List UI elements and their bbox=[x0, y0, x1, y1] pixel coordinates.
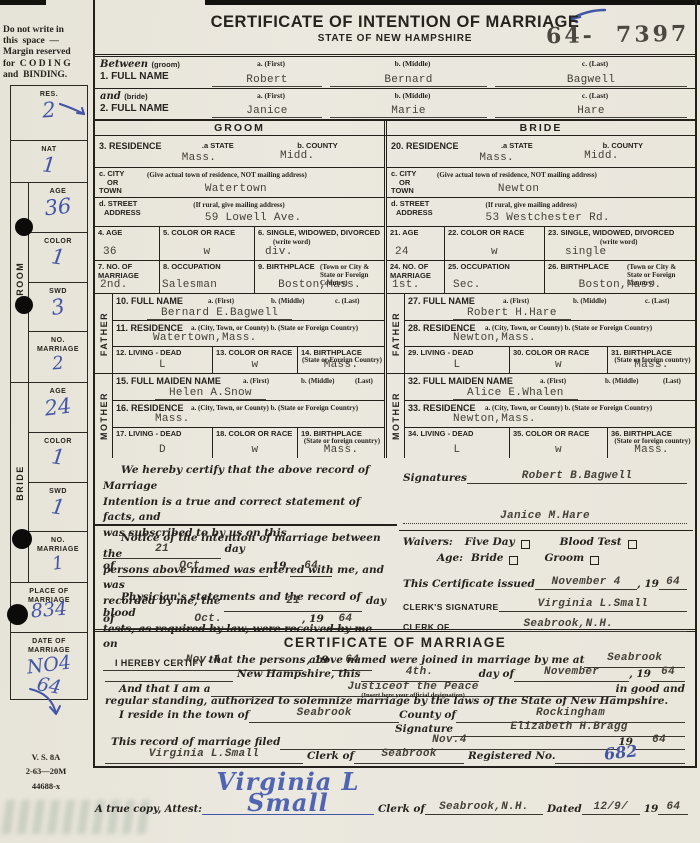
dated-year-value: 64 bbox=[666, 801, 680, 813]
marriage-text: day of bbox=[479, 668, 514, 682]
certificate-form: CERTIFICATE OF INTENTION OF MARRIAGE STA… bbox=[93, 0, 697, 768]
color-or-race-label: 22. COLOR OR RACE bbox=[445, 227, 544, 238]
mother-vertical-strip: MOTHER bbox=[95, 374, 113, 458]
bride-county-value: Midd. bbox=[584, 150, 619, 162]
bride-band-label: BRIDE bbox=[387, 121, 695, 135]
dated-label: Dated bbox=[547, 803, 582, 815]
middle-name-header: b. (Middle) bbox=[330, 59, 495, 68]
groom-vertical-strip: GROOM bbox=[11, 183, 29, 382]
mother-vertical-label: MOTHER bbox=[391, 392, 401, 440]
cert-text: day bbox=[366, 595, 386, 607]
clerk-of-line: CLERK OF Seabrook,N.H. bbox=[403, 618, 687, 632]
margin-note-line: Margin reserved bbox=[3, 47, 91, 58]
blood-test-label: Blood Test bbox=[560, 536, 622, 548]
bride-vertical-strip: BRIDE bbox=[11, 383, 29, 582]
certificate-issued-label: This Certificate issued bbox=[403, 578, 535, 590]
margin-cell-res: RES. 2 bbox=[11, 86, 87, 141]
clerk-of-label: Clerk of bbox=[378, 803, 425, 815]
attest-label: A true copy, Attest: bbox=[95, 804, 202, 815]
bride-color-value: w bbox=[445, 246, 544, 258]
designation-note: (Insert here your official designation) bbox=[211, 692, 616, 699]
full-name-label: 2. FULL NAME bbox=[100, 103, 212, 114]
occupation-label: 25. OCCUPATION bbox=[445, 261, 544, 272]
hole-punch bbox=[7, 604, 28, 625]
certification-left: We hereby certify that the above record … bbox=[95, 458, 397, 629]
date-year-handwritten-value: 64 bbox=[10, 671, 88, 703]
clerk-town-value: Seabrook bbox=[381, 748, 436, 760]
groom-marriage-occupation-birthplace-row: 7. NO. OFMARRIAGE 2nd. 8. OCCUPATION Sal… bbox=[95, 261, 384, 294]
street-note: (If rural, give mailing address) bbox=[193, 201, 284, 209]
certificate-of-marriage-section: CERTIFICATE OF MARRIAGE I HEREBY CERTIFY… bbox=[95, 632, 695, 766]
bride-father-group: FATHER 27. FULL NAME a. (First) b. (Midd… bbox=[387, 294, 695, 374]
year-prefix: 19 bbox=[644, 803, 659, 815]
occupation-label: 8. OCCUPATION bbox=[160, 261, 254, 272]
section-rule bbox=[399, 530, 693, 531]
groom-street-value: 59 Lowell Ave. bbox=[205, 212, 302, 224]
signatures-label: Signatures bbox=[403, 472, 467, 484]
full-name-label: 27. FULL NAME bbox=[408, 296, 475, 306]
margin-bride-group: BRIDE AGE 24 COLOR 1 SWD 1 NO.MARRIAGE 1 bbox=[11, 383, 87, 583]
father-living-color-birth-row: 12. LIVING - DEAD L 13. COLOR OR RACE w … bbox=[113, 347, 384, 373]
margin-cell-bride-color: COLOR 1 bbox=[29, 433, 87, 483]
groom-residence-row: 3. RESIDENCE .a STATE b. COUNTY Mass. Mi… bbox=[95, 136, 384, 168]
bride-street-value: 53 Westchester Rd. bbox=[486, 212, 610, 224]
clerk-signature-label: CLERK'S SIGNATURE bbox=[403, 602, 499, 612]
father-vertical-label: FATHER bbox=[99, 311, 109, 355]
street-address-label: d. STREETADDRESS bbox=[99, 200, 141, 217]
groom-age-value: 36 bbox=[95, 246, 159, 258]
column-band: GROOM BRIDE bbox=[95, 121, 695, 136]
groom-bride-columns: 3. RESIDENCE .a STATE b. COUNTY Mass. Mi… bbox=[95, 136, 695, 458]
bride-birthplace-value: Boston,Mass. bbox=[545, 279, 695, 291]
state-label: .a STATE bbox=[501, 142, 533, 151]
color-or-race-label: 18. COLOR OR RACE bbox=[213, 428, 297, 439]
bride-age-color-swd-row: 21. AGE 24 22. COLOR OR RACE w 23. SINGL… bbox=[387, 227, 695, 261]
clerk-of-label: CLERK OF bbox=[403, 622, 450, 632]
groom-column: 3. RESIDENCE .a STATE b. COUNTY Mass. Mi… bbox=[95, 136, 387, 458]
hole-punch bbox=[15, 218, 33, 236]
marriage-text: County of bbox=[399, 709, 456, 723]
full-maiden-name-label: 32. FULL MAIDEN NAME bbox=[408, 376, 513, 386]
marriage-no-handwritten-value: 2 bbox=[28, 353, 87, 376]
intention-certification-paragraph: We hereby certify that the above record … bbox=[95, 458, 397, 526]
groom-mother-name-value: Helen A.Snow bbox=[155, 387, 266, 400]
bride-mother-residence-value: Newton,Mass. bbox=[453, 413, 536, 425]
bride-vertical-label: BRIDE bbox=[15, 465, 25, 501]
recorded-day-value: 21 bbox=[286, 595, 300, 607]
registered-no-label: Registered No. bbox=[468, 750, 555, 764]
groom-color-value: w bbox=[160, 246, 254, 258]
hole-punch bbox=[12, 529, 32, 549]
year-prefix: , 19 bbox=[629, 668, 651, 682]
groom-father-birthplace-value: Mass. bbox=[298, 359, 384, 371]
last-header: c. (Last) bbox=[645, 297, 670, 305]
no-of-marriage-label: 7. NO. OFMARRIAGE bbox=[95, 261, 159, 280]
issued-year-value: 64 bbox=[666, 576, 680, 588]
middle-header: b. (Middle) bbox=[271, 297, 304, 305]
bride-last-name: Hare bbox=[495, 105, 687, 118]
father-name-row: 27. FULL NAME a. (First) b. (Middle) c. … bbox=[405, 294, 695, 321]
residence-note: a. (City, Town, or County) b. (State or … bbox=[485, 404, 693, 412]
margin-cell-groom-swd: SWD 3 bbox=[29, 283, 87, 333]
last-header: c. (Last) bbox=[335, 297, 360, 305]
bride-father-living-value: L bbox=[405, 359, 509, 371]
margin-cell-bride-swd: SWD 1 bbox=[29, 483, 87, 533]
groom-city-row: c. CITYORTOWN (Give actual town of resid… bbox=[95, 168, 384, 198]
signature-line-bride: Janice M.Hare bbox=[403, 510, 687, 524]
residence-label: 28. RESIDENCE bbox=[408, 323, 476, 333]
first-header: a. (First) bbox=[503, 297, 529, 305]
recorded-year-value: 64 bbox=[339, 613, 353, 625]
between-groom-label: Between (groom) bbox=[100, 59, 212, 70]
attest-footer: A true copy, Attest: Virginia L Small Cl… bbox=[95, 772, 695, 815]
city-town-label: c. CITYORTOWN bbox=[99, 170, 124, 196]
margin-note-line: this space — bbox=[3, 36, 91, 47]
subscribed-month-value: Oct. bbox=[179, 560, 207, 572]
groom-father-residence-value: Watertown,Mass. bbox=[153, 332, 257, 344]
mother-name-row: 15. FULL MAIDEN NAME a. (First) b. (Midd… bbox=[113, 374, 384, 401]
residence-label: 20. RESIDENCE bbox=[391, 141, 459, 151]
color-or-race-label: 30. COLOR OR RACE bbox=[510, 347, 607, 358]
bride-marriage-no-value: 1st. bbox=[387, 279, 444, 291]
waivers-row-1: Waivers: Five Day Blood Test bbox=[403, 536, 687, 548]
waivers-row-2: Age: Bride Groom bbox=[437, 552, 687, 564]
marriage-text: New Hampshire, this bbox=[237, 668, 361, 682]
city-town-label: c. CITYORTOWN bbox=[391, 170, 416, 196]
age-waiver-label: Age: bbox=[437, 552, 463, 564]
mother-living-color-birth-row: 17. LIVING - DEAD D 18. COLOR OR RACE w … bbox=[113, 428, 384, 458]
bride-father-color-value: w bbox=[510, 359, 607, 371]
residence-note: a. (City, Town, or County) b. (State or … bbox=[191, 324, 382, 332]
bride-state-value: Mass. bbox=[479, 152, 514, 164]
groom-mother-living-value: D bbox=[113, 444, 212, 456]
marriage-line-2: New Hampshire, this 4th. day of November… bbox=[95, 668, 695, 682]
age-label: 21. AGE bbox=[387, 227, 444, 238]
groom-name-row: Between (groom) 1. FULL NAME a. (First)R… bbox=[95, 57, 695, 89]
father-living-color-birth-row: 29. LIVING - DEAD L 30. COLOR OR RACE w … bbox=[405, 347, 695, 373]
margin-cell-bride-marriage-no: NO.MARRIAGE 1 bbox=[29, 532, 87, 582]
residence-label: 11. RESIDENCE bbox=[116, 323, 183, 333]
street-address-label: d. STREETADDRESS bbox=[391, 200, 433, 217]
groom-state-value: Mass. bbox=[182, 152, 217, 164]
res-handwritten-value: 2 bbox=[10, 97, 87, 123]
margin-cell-groom-age: AGE 36 bbox=[29, 183, 87, 233]
middle-name-header: b. (Middle) bbox=[330, 91, 495, 100]
middle-header: b. (Middle) bbox=[605, 377, 638, 385]
groom-marriage-no-value: 2nd. bbox=[95, 279, 159, 291]
residence-label: 33. RESIDENCE bbox=[408, 403, 476, 413]
city-note: (Give actual town of residence, NOT mail… bbox=[147, 171, 307, 179]
groom-street-row: d. STREETADDRESS (If rural, give mailing… bbox=[95, 198, 384, 227]
groom-age-checkbox bbox=[590, 556, 599, 565]
last-header: (Last) bbox=[663, 377, 681, 385]
cert-text: persons above named was entered with me,… bbox=[103, 564, 384, 592]
bride-city-value: Newton bbox=[498, 183, 539, 195]
mother-name-row: 32. FULL MAIDEN NAME a. (First) b. (Midd… bbox=[405, 374, 695, 401]
first-header: a. (First) bbox=[243, 377, 269, 385]
margin-note: Do not write in this space — Margin rese… bbox=[3, 25, 91, 81]
middle-header: b. (Middle) bbox=[301, 377, 334, 385]
clerk-signature-value: Virginia L.Small bbox=[538, 598, 648, 610]
certification-section: We hereby certify that the above record … bbox=[95, 458, 695, 632]
last-header: (Last) bbox=[355, 377, 373, 385]
residence-town-value: Seabrook bbox=[297, 707, 352, 719]
first-name-header: a. (First) bbox=[212, 91, 330, 100]
marriage-month-value: November bbox=[544, 666, 599, 678]
groom-signature-value: Robert B.Bagwell bbox=[522, 470, 632, 482]
full-name-label: 1. FULL NAME bbox=[100, 71, 212, 82]
attest-handwritten-signature: Virginia L Small bbox=[216, 767, 359, 817]
groom-band-label: GROOM bbox=[95, 121, 387, 135]
father-vertical-label: FATHER bbox=[391, 311, 401, 355]
last-name-header: c. (Last) bbox=[495, 59, 695, 68]
scanned-certificate-page: Do not write in this space — Margin rese… bbox=[0, 0, 700, 843]
groom-father-name-value: Bernard E.Bagwell bbox=[147, 307, 292, 320]
color-handwritten-value: 1 bbox=[28, 243, 88, 272]
marriage-text: I reside in the town of bbox=[119, 709, 249, 723]
last-name-header: c. (Last) bbox=[495, 91, 695, 100]
age-handwritten-value: 36 bbox=[28, 194, 88, 221]
bride-occupation-value: Sec. bbox=[445, 279, 544, 291]
clerk-of-value: Seabrook,N.H. bbox=[523, 618, 613, 630]
title-block: CERTIFICATE OF INTENTION OF MARRIAGE STA… bbox=[95, 0, 695, 57]
marriage-certificate-title: CERTIFICATE OF MARRIAGE bbox=[95, 635, 695, 654]
margin-cell-groom-marriage-no: NO.MARRIAGE 2 bbox=[29, 332, 87, 382]
county-value: Rockingham bbox=[536, 707, 605, 719]
living-dead-label: 17. LIVING - DEAD bbox=[113, 428, 212, 439]
swd-handwritten-value: 1 bbox=[28, 492, 89, 522]
residence-label: 3. RESIDENCE bbox=[99, 141, 162, 151]
marriage-line-8: Virginia L.Small Clerk of Seabrook Regis… bbox=[95, 750, 695, 764]
color-or-race-label: 5. COLOR OR RACE bbox=[160, 227, 254, 238]
bride-mother-living-value: L bbox=[405, 444, 509, 456]
signature-line-groom: Signatures Robert B.Bagwell bbox=[403, 470, 687, 484]
bride-father-name-value: Robert H.Hare bbox=[453, 307, 571, 320]
write-word-note: (write word) bbox=[273, 238, 311, 246]
age-label: 4. AGE bbox=[95, 227, 159, 238]
cert-text: We hereby certify that the above record … bbox=[103, 464, 369, 492]
bride-father-residence-value: Newton,Mass. bbox=[453, 332, 536, 344]
bride-age-value: 24 bbox=[387, 246, 444, 258]
groom-county-value: Midd. bbox=[280, 150, 315, 162]
officiant-signature-value: Elizabeth H.Bragg bbox=[510, 721, 627, 733]
recorded-month-value: Oct. bbox=[194, 613, 222, 625]
record-filed-year-value: 64 bbox=[652, 734, 666, 746]
groom-mother-birthplace-value: Mass. bbox=[298, 444, 384, 456]
no-marriage-label: NO.MARRIAGE bbox=[29, 332, 87, 354]
father-residence-row: 28. RESIDENCE a. (City, Town, or County)… bbox=[405, 321, 695, 348]
waivers-label: Waivers: bbox=[403, 536, 453, 548]
middle-header: b. (Middle) bbox=[573, 297, 606, 305]
father-residence-row: 11. RESIDENCE a. (City, Town, or County)… bbox=[113, 321, 384, 348]
registered-no-handwritten-value: 682 bbox=[603, 740, 638, 764]
mother-residence-row: 16. RESIDENCE a. (City, Town, or County)… bbox=[113, 401, 384, 428]
marriage-year-value: 64 bbox=[661, 666, 675, 678]
color-handwritten-value: 1 bbox=[28, 443, 88, 471]
bride-signature-value: Janice M.Hare bbox=[500, 510, 590, 522]
marriage-place-value: Seabrook bbox=[607, 652, 662, 664]
file-number-stamp: 64- 7397 bbox=[545, 21, 689, 49]
five-day-checkbox bbox=[521, 540, 530, 549]
bride-swd-value: single bbox=[545, 246, 695, 258]
first-header: a. (First) bbox=[208, 297, 234, 305]
margin-cell-groom-color: COLOR 1 bbox=[29, 233, 87, 283]
groom-waiver-label: Groom bbox=[544, 552, 584, 564]
state-label: .a STATE bbox=[202, 142, 234, 151]
father-vertical-strip: FATHER bbox=[95, 294, 113, 373]
dated-value: 12/9/ bbox=[593, 801, 628, 813]
clerk-signature-line: CLERK'S SIGNATURE Virginia L.Small bbox=[403, 598, 687, 612]
margin-cell-nat: NAT 1 bbox=[11, 141, 87, 183]
street-note: (If rural, give mailing address) bbox=[486, 201, 577, 209]
groom-swd-value: div. bbox=[255, 246, 384, 258]
margin-note-line: for C O D I N G bbox=[3, 59, 91, 70]
bride-first-name: Janice bbox=[212, 105, 322, 118]
margin-note-line: Do not write in bbox=[3, 25, 91, 36]
first-name-header: a. (First) bbox=[212, 59, 330, 68]
cert-text: Intention is a true and correct statemen… bbox=[103, 496, 360, 524]
certificate-issued-line: This Certificate issued November 4 , 19 … bbox=[403, 576, 687, 590]
groom-occupation-value: Salesman bbox=[160, 279, 254, 291]
groom-middle-name: Bernard bbox=[330, 74, 487, 87]
bride-street-row: d. STREETADDRESS (If rural, give mailing… bbox=[387, 198, 695, 227]
groom-birthplace-value: Boston,Mass. bbox=[255, 279, 384, 291]
color-or-race-label: 13. COLOR OR RACE bbox=[213, 347, 297, 358]
swd-handwritten-value: 3 bbox=[28, 292, 89, 323]
groom-mother-residence-value: Mass. bbox=[155, 413, 190, 425]
groom-first-name: Robert bbox=[212, 74, 322, 87]
margin-cell-bride-age: AGE 24 bbox=[29, 383, 87, 433]
full-name-label: 10. FULL NAME bbox=[116, 296, 183, 306]
certification-right: Signatures Robert B.Bagwell Janice M.Har… bbox=[397, 458, 695, 629]
living-dead-label: 12. LIVING - DEAD bbox=[113, 347, 212, 358]
city-note: (Give actual town of residence, NOT mail… bbox=[437, 171, 597, 179]
bride-mother-birthplace-value: Mass. bbox=[608, 444, 695, 456]
nat-handwritten-value: 1 bbox=[10, 151, 88, 180]
single-widowed-divorced-label: 23. SINGLE, WIDOWED, DIVORCED bbox=[545, 227, 695, 238]
groom-age-color-swd-row: 4. AGE 36 5. COLOR OR RACE w 6. SINGLE, … bbox=[95, 227, 384, 261]
blood-test-checkbox bbox=[628, 540, 637, 549]
bride-residence-row: 20. RESIDENCE .a STATE b. COUNTY Mass. M… bbox=[387, 136, 695, 168]
margin-note-line: and BINDING. bbox=[3, 70, 91, 81]
age-handwritten-value: 24 bbox=[28, 394, 88, 422]
bride-city-row: c. CITYORTOWN (Give actual town of resid… bbox=[387, 168, 695, 198]
form-code-line: 44688-x bbox=[0, 779, 92, 793]
form-code-line: 2-63—20M bbox=[0, 764, 92, 778]
bride-father-birthplace-value: Mass. bbox=[608, 359, 695, 371]
groom-mother-color-value: w bbox=[213, 444, 297, 456]
bride-waiver-label: Bride bbox=[471, 552, 503, 564]
single-widowed-divorced-label: 6. SINGLE, WIDOWED, DIVORCED bbox=[255, 227, 384, 238]
groom-father-living-value: L bbox=[113, 359, 212, 371]
groom-father-color-value: w bbox=[213, 359, 297, 371]
subscribed-day-value: 21 bbox=[155, 543, 169, 555]
full-maiden-name-label: 15. FULL MAIDEN NAME bbox=[116, 376, 221, 386]
residence-note: a. (City, Town, or County) b. (State or … bbox=[191, 404, 382, 412]
bride-mother-name-value: Alice E.Whalen bbox=[453, 387, 578, 400]
marriage-text: Clerk of bbox=[307, 750, 354, 764]
form-code: V. S. 8A 2-63—20M 44688-x bbox=[0, 750, 92, 793]
mother-vertical-strip: MOTHER bbox=[387, 374, 405, 458]
year-prefix: , 19 bbox=[637, 578, 659, 590]
mother-living-color-birth-row: 34. LIVING - DEAD L 35. COLOR OR RACE w … bbox=[405, 428, 695, 458]
and-bride-label: and (bride) bbox=[100, 91, 212, 102]
groom-last-name: Bagwell bbox=[495, 74, 687, 87]
groom-city-value: Watertown bbox=[205, 183, 267, 195]
recording-clerk-value: Virginia L.Small bbox=[149, 748, 259, 760]
subscribed-year-value: 64 bbox=[304, 560, 318, 572]
father-name-row: 10. FULL NAME a. (First) b. (Middle) c. … bbox=[113, 294, 384, 321]
marriage-no-handwritten-value: 1 bbox=[28, 551, 88, 577]
margin-groom-group: GROOM AGE 36 COLOR 1 SWD 3 NO.MARRIAGE 2 bbox=[11, 183, 87, 383]
bride-column: 20. RESIDENCE .a STATE b. COUNTY Mass. M… bbox=[387, 136, 695, 458]
color-or-race-label: 35. COLOR OR RACE bbox=[510, 428, 607, 439]
marriage-day-value: 4th. bbox=[406, 666, 434, 678]
hole-punch bbox=[15, 296, 33, 314]
issued-date-value: November 4 bbox=[551, 576, 620, 588]
bride-name-row: and (bride) 2. FULL NAME a. (First)Janic… bbox=[95, 89, 695, 121]
living-dead-label: 34. LIVING - DEAD bbox=[405, 428, 509, 439]
record-filed-date-value: Nov.4 bbox=[432, 734, 467, 746]
five-day-label: Five Day bbox=[465, 536, 515, 548]
groom-father-group: FATHER 10. FULL NAME a. (First) b. (Midd… bbox=[95, 294, 384, 374]
residence-label: 16. RESIDENCE bbox=[116, 403, 184, 413]
father-vertical-strip: FATHER bbox=[387, 294, 405, 373]
form-code-line: V. S. 8A bbox=[0, 750, 92, 764]
bride-age-checkbox bbox=[509, 556, 518, 565]
scan-edge-artifact bbox=[0, 0, 46, 5]
no-of-marriage-label: 24. NO. OFMARRIAGE bbox=[387, 261, 444, 280]
bride-marriage-occupation-birthplace-row: 24. NO. OFMARRIAGE 1st. 25. OCCUPATION S… bbox=[387, 261, 695, 294]
write-word-note: (write word) bbox=[600, 238, 638, 246]
margin-cell-date-of-marriage: DATE OFMARRIAGE NO4 64 bbox=[11, 633, 87, 699]
bride-middle-name: Marie bbox=[330, 105, 487, 118]
bride-mother-group: MOTHER 32. FULL MAIDEN NAME a. (First) b… bbox=[387, 374, 695, 458]
mother-residence-row: 33. RESIDENCE a. (City, Town, or County)… bbox=[405, 401, 695, 428]
attest-clerk-value: Seabrook,N.H. bbox=[439, 801, 529, 813]
groom-mother-group: MOTHER 15. FULL MAIDEN NAME a. (First) b… bbox=[95, 374, 384, 458]
mother-vertical-label: MOTHER bbox=[99, 392, 109, 440]
first-header: a. (First) bbox=[540, 377, 566, 385]
bride-mother-color-value: w bbox=[510, 444, 607, 456]
living-dead-label: 29. LIVING - DEAD bbox=[405, 347, 509, 358]
residence-note: a. (City, Town, or County) b. (State or … bbox=[485, 324, 693, 332]
